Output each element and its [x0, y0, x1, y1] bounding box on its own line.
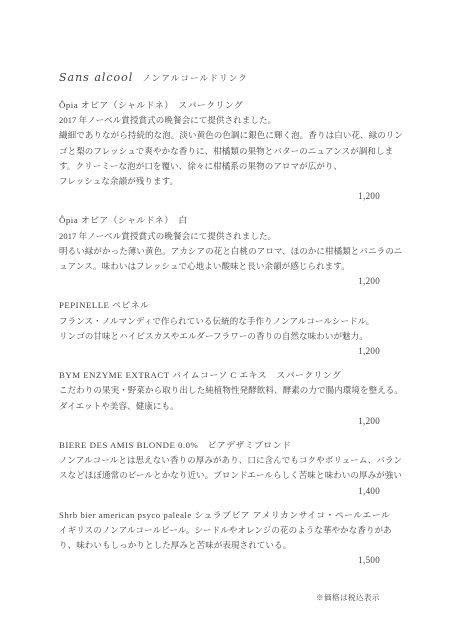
- item-description-line: り、味わいもしっかりとした厚みと苦味が表現されている。: [59, 538, 395, 553]
- item-description-line: す。クリーミーな泡が口を覆い、徐々に柑橘系の果物のアロマが広がり、: [59, 159, 395, 174]
- item-title: BYM ENZYME EXTRACT バイムコーソ C エキス スパークリング: [59, 368, 395, 383]
- item-description-line: ゴと梨のフレッシュで爽やかな香りに、柑橘類の果物とバターのニュアンスが調和しま: [59, 144, 395, 159]
- header-script-title: Sans alcool: [59, 71, 133, 84]
- item-description-line: ュアンス。味わいはフレッシュで心地よい酸味と長い余韻が感じられます。: [59, 259, 395, 274]
- item-price: 1,400: [59, 484, 395, 499]
- item-description-line: 明るい緑がかった薄い黄色。アカシアの花と白桃のアロマ、ほのかに柑橘類とバニラのニ: [59, 244, 395, 259]
- menu-item: BYM ENZYME EXTRACT バイムコーソ C エキス スパークリング …: [59, 368, 395, 429]
- item-price: 1,200: [59, 344, 395, 359]
- item-description-line: 2017 年ノーベル賞授賞式の晩餐会にて提供されました。: [59, 113, 395, 128]
- menu-item: Shrb bier american psyco paleale シュラブビア …: [59, 508, 395, 569]
- header-japanese-title: ノンアルコールドリンク: [142, 73, 248, 83]
- menu-page: Sans alcoolノンアルコールドリンク Ôpia オピア（シャルドネ） ス…: [0, 0, 453, 640]
- menu-content: Sans alcoolノンアルコールドリンク Ôpia オピア（シャルドネ） ス…: [59, 69, 395, 569]
- item-description-line: フランス・ノルマンディで作られている伝統的な手作りノンアルコールシードル。: [59, 314, 395, 329]
- item-title: Shrb bier american psyco paleale シュラブビア …: [59, 508, 395, 523]
- page-header: Sans alcoolノンアルコールドリンク: [59, 69, 395, 86]
- item-description-line: ダイエットや美容、健康にも。: [59, 399, 395, 414]
- item-title: Ôpia オピア（シャルドネ） 白: [59, 213, 395, 228]
- menu-item: Ôpia オピア（シャルドネ） 白 2017 年ノーベル賞授賞式の晩餐会にて提供…: [59, 213, 395, 289]
- item-description-line: リンゴの甘味とハイビスカスやエルダーフラワーの香りの自然な味わいが魅力。: [59, 329, 395, 344]
- item-description-line: イギリスのノンアルコールビール。シードルやオレンジの花のような華やかな香りがあ: [59, 523, 395, 538]
- menu-item: PEPINELLE ペピネル フランス・ノルマンディで作られている伝統的な手作り…: [59, 298, 395, 359]
- menu-item: Ôpia オピア（シャルドネ） スパークリング 2017 年ノーベル賞授賞式の晩…: [59, 98, 395, 204]
- item-price: 1,500: [59, 553, 395, 568]
- footer-note: ※価格は税込表示: [316, 592, 380, 603]
- item-title: BIERE DES AMIS BLONDE 0.0% ビアデザミブロンド: [59, 438, 395, 453]
- item-price: 1,200: [59, 189, 395, 204]
- item-description-line: 2017 年ノーベル賞授賞式の晩餐会にて提供されました。: [59, 229, 395, 244]
- item-price: 1,200: [59, 274, 395, 289]
- item-price: 1,200: [59, 414, 395, 429]
- item-description-line: スなどほぼ通常のビールとかなり近い。ブロンドエールらしく苦味と味わいの厚みが強い: [59, 468, 395, 483]
- item-description-line: 繊細でありながら持続的な泡。淡い黄色の色調に銀色に輝く泡。香りは白い花、緑のリン: [59, 128, 395, 143]
- item-description-line: ノンアルコールとは思えない香りの厚みがあり、口に含んでもコクやボリューム、バラン: [59, 453, 395, 468]
- item-title: Ôpia オピア（シャルドネ） スパークリング: [59, 98, 395, 113]
- menu-item: BIERE DES AMIS BLONDE 0.0% ビアデザミブロンド ノンア…: [59, 438, 395, 499]
- item-description-line: フレッシュな余韻が残ります。: [59, 174, 395, 189]
- item-title: PEPINELLE ペピネル: [59, 298, 395, 313]
- item-description-line: こだわりの果実・野菜から取り出した純植物性発酵飲料、酵素の力で腸内環境を整える。: [59, 383, 395, 398]
